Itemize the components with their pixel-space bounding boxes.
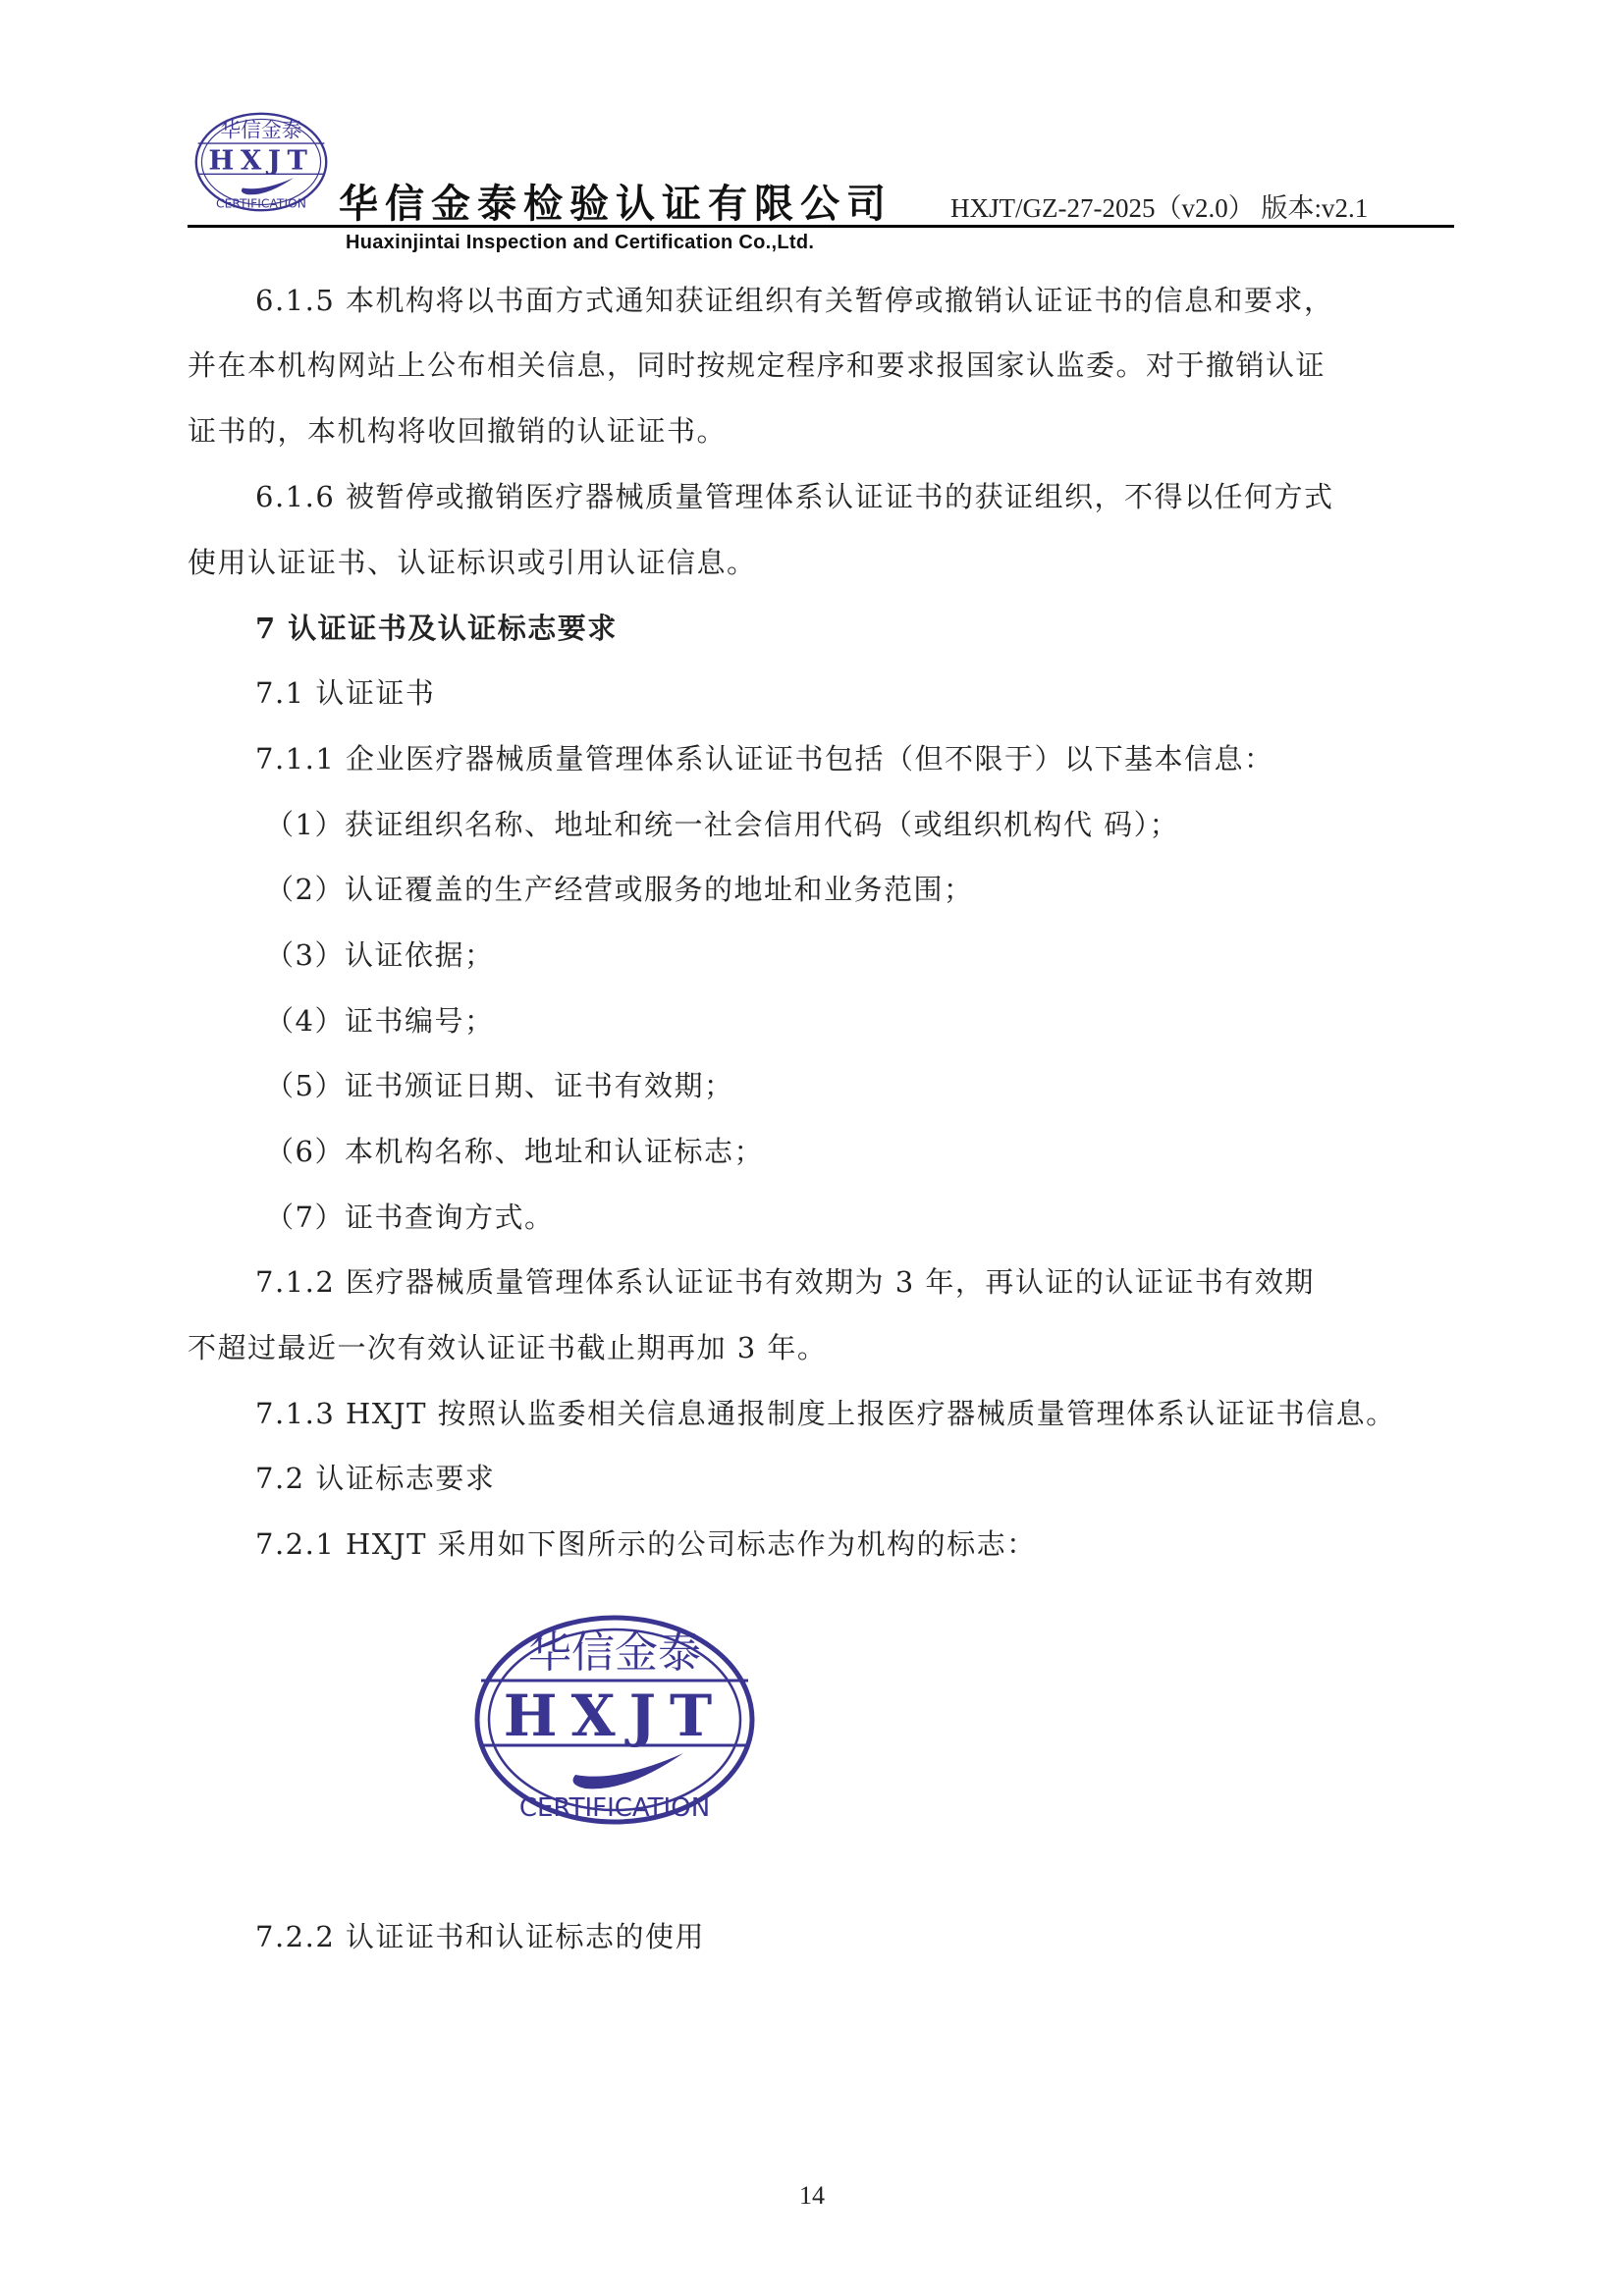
svg-text:HXJT: HXJT bbox=[504, 1682, 726, 1749]
paragraph-line: 7.2.2 认证证书和认证标志的使用 bbox=[255, 1915, 705, 1955]
page-number: 14 bbox=[0, 2181, 1624, 2211]
paragraph-line: 不超过最近一次有效认证证书截止期再加 3 年。 bbox=[188, 1326, 827, 1366]
section-heading: 7 认证证书及认证标志要求 bbox=[255, 607, 618, 647]
svg-text:华信金泰: 华信金泰 bbox=[220, 118, 301, 141]
company-name-en: Huaxinjintai Inspection and Certificatio… bbox=[346, 232, 814, 254]
list-item: （1）获证组织名称、地址和统一社会信用代码（或组织机构代 码）； bbox=[265, 803, 1179, 843]
svg-text:华信金泰: 华信金泰 bbox=[528, 1628, 701, 1678]
paragraph-line: 7.1.1 企业医疗器械质量管理体系认证证书包括（但不限于）以下基本信息： bbox=[255, 737, 1274, 777]
subsection-heading: 7.1 认证证书 bbox=[255, 671, 435, 712]
paragraph-line: 证书的，本机构将收回撤销的认证证书。 bbox=[188, 409, 727, 450]
paragraph-line: 7.1.2 医疗器械质量管理体系认证证书有效期为 3 年，再认证的认证证书有效期 bbox=[255, 1260, 1315, 1301]
paragraph-line: 7.2.1 HXJT 采用如下图所示的公司标志作为机构的标志： bbox=[255, 1522, 1037, 1563]
list-item: （7）证书查询方式。 bbox=[265, 1196, 554, 1236]
document-code: HXJT/GZ-27-2025（v2.0） 版本:v2.1 bbox=[950, 187, 1368, 225]
list-item: （3）认证依据； bbox=[265, 934, 494, 974]
company-name: 华信金泰检验认证有限公司 bbox=[339, 173, 893, 229]
document-page: 华信金泰 HXJT CERTIFICATION 华信金泰检验认证有限公司 HXJ… bbox=[0, 0, 1624, 2296]
subsection-heading: 7.2 认证标志要求 bbox=[255, 1457, 495, 1497]
list-item: （5）证书颁证日期、证书有效期； bbox=[265, 1064, 733, 1104]
svg-text:CERTIFICATION: CERTIFICATION bbox=[519, 1793, 710, 1823]
paragraph-line: 7.1.3 HXJT 按照认监委相关信息通报制度上报医疗器械质量管理体系认证证书… bbox=[255, 1392, 1396, 1432]
svg-text:HXJT: HXJT bbox=[208, 145, 313, 177]
list-item: （4）证书编号； bbox=[265, 999, 494, 1040]
figure-hxjt-logo-icon: 华信金泰 HXJT CERTIFICATION bbox=[469, 1610, 760, 1830]
header-logo-icon: 华信金泰 HXJT CERTIFICATION bbox=[189, 110, 333, 214]
svg-text:CERTIFICATION: CERTIFICATION bbox=[216, 196, 306, 210]
paragraph-line: 6.1.6 被暂停或撤销医疗器械质量管理体系认证证书的获证组织，不得以任何方式 bbox=[255, 475, 1334, 515]
paragraph-line: 6.1.5 本机构将以书面方式通知获证组织有关暂停或撤销认证证书的信息和要求， bbox=[255, 279, 1334, 319]
paragraph-line: 使用认证证书、认证标识或引用认证信息。 bbox=[188, 541, 757, 581]
header-divider bbox=[188, 225, 1454, 228]
list-item: （6）本机构名称、地址和认证标志； bbox=[265, 1130, 764, 1170]
list-item: （2）认证覆盖的生产经营或服务的地址和业务范围； bbox=[265, 868, 973, 908]
paragraph-line: 并在本机构网站上公布相关信息，同时按规定程序和要求报国家认监委。对于撤销认证 bbox=[188, 344, 1326, 384]
